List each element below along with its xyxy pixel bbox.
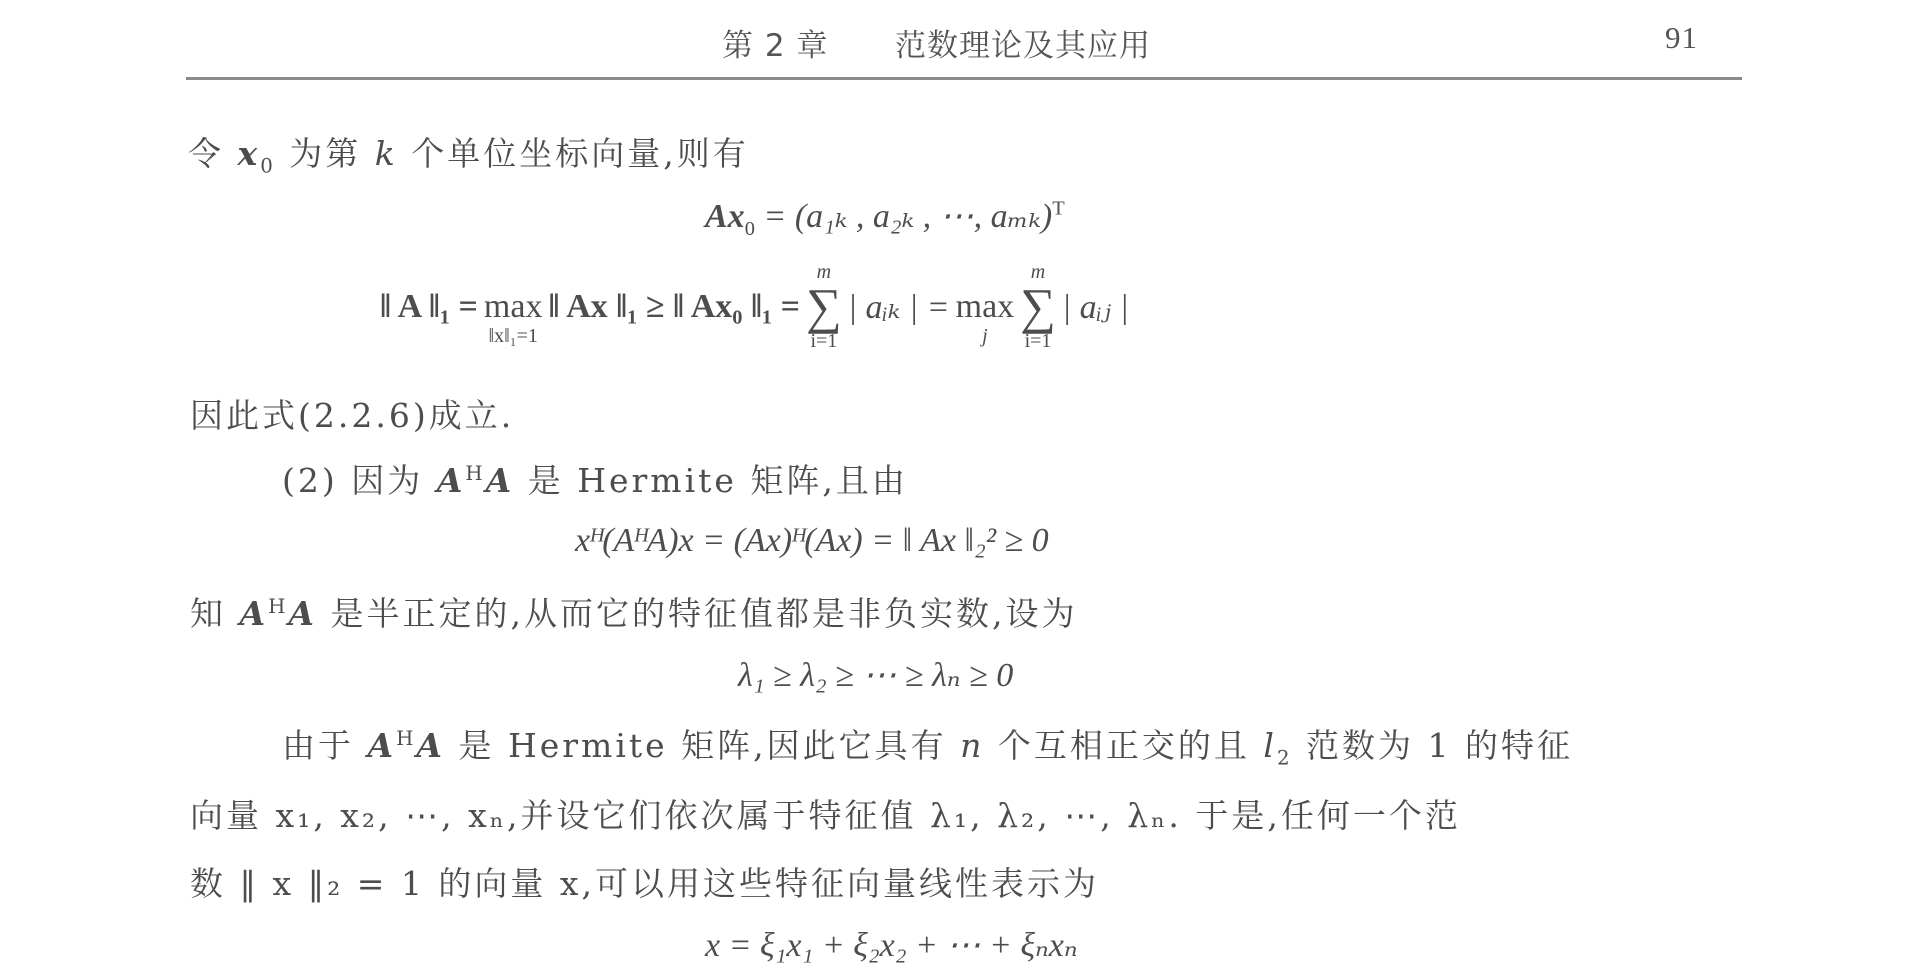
equation-3: xᴴ(AᴴA)x = (Ax)ᴴ(Ax) = ‖ Ax ‖₂² ≥ 0 xyxy=(575,522,1049,560)
max-subscript: ‖x‖₁=1 xyxy=(484,325,543,347)
matrix-A: A xyxy=(437,461,466,500)
sum-symbol: ∑ xyxy=(806,282,842,330)
text-line-1: 令 x0 为第 k 个单位坐标向量,则有 xyxy=(188,128,749,178)
max-operator-2: max j xyxy=(956,289,1015,347)
text: (2) 因为 xyxy=(282,461,437,500)
chapter-label: 第 2 章 xyxy=(722,20,828,65)
text: 是 Hermite 矩阵,且由 xyxy=(514,461,908,500)
sum-symbol: ∑ xyxy=(1020,282,1056,330)
equation-2: ‖ A ‖₁ = max ‖x‖₁=1 ‖ Ax ‖₁ ≥ ‖ Ax₀ ‖₁ =… xyxy=(380,262,1129,352)
subscript: 0 xyxy=(745,218,755,240)
superscript: T xyxy=(1052,198,1064,220)
math-rhs: = (a₁ₖ , a₂ₖ , ⋯, aₘₖ) xyxy=(763,198,1052,235)
text: 由于 xyxy=(282,726,368,765)
text-line-2: 因此式(2.2.6)成立. xyxy=(190,390,514,437)
text: 知 xyxy=(190,594,240,633)
max-subscript: j xyxy=(956,325,1015,347)
matrix-A: A xyxy=(368,726,397,765)
text-line-7: 数 ‖ x ‖₂ = 1 的向量 x,可以用这些特征向量线性表示为 xyxy=(190,858,1099,905)
superscript: H xyxy=(465,462,485,485)
text-line-4: 知 AHA 是半正定的,从而它的特征值都是非负实数,设为 xyxy=(190,588,1077,635)
sum-operator-1: m ∑ i=1 xyxy=(806,262,842,352)
max-operator: max ‖x‖₁=1 xyxy=(484,289,543,347)
sum-lower: i=1 xyxy=(806,330,842,352)
text: 个互相正交的且 xyxy=(984,726,1263,765)
equation-4: λ₁ ≥ λ₂ ≥ ⋯ ≥ λₙ ≥ 0 xyxy=(738,655,1013,695)
chapter-title: 范数理论及其应用 xyxy=(895,20,1151,65)
text-line-3: (2) 因为 AHA 是 Hermite 矩阵,且由 xyxy=(282,455,908,502)
matrix-A: A xyxy=(288,594,317,633)
subscript: 0 xyxy=(260,155,276,178)
superscript: H xyxy=(268,595,288,618)
equation-1: Ax0 = (a₁ₖ , a₂ₖ , ⋯, aₘₖ)T xyxy=(705,196,1065,241)
math-part: ‖ Ax ‖₁ ≥ ‖ Ax₀ ‖₁ = xyxy=(548,288,800,326)
header-rule xyxy=(186,77,1742,80)
text-line-5: 由于 AHA 是 Hermite 矩阵,因此它具有 n 个互相正交的且 l2 范… xyxy=(282,720,1573,770)
math-var: n xyxy=(960,726,984,765)
sum-operator-2: m ∑ i=1 xyxy=(1020,262,1056,352)
math-var: k xyxy=(375,134,398,173)
max-label: max xyxy=(956,289,1015,325)
text: 个单位坐标向量,则有 xyxy=(398,134,749,173)
text-line-6: 向量 x₁, x₂, ⋯, xₙ,并设它们依次属于特征值 λ₁, λ₂, ⋯, … xyxy=(190,790,1461,837)
subscript: 2 xyxy=(1277,747,1293,770)
matrix-A: A xyxy=(240,594,269,633)
text: 为第 xyxy=(276,134,375,173)
matrix-A: A xyxy=(416,726,445,765)
sum-lower: i=1 xyxy=(1020,330,1056,352)
math-part: | aᵢⱼ | xyxy=(1062,287,1129,327)
equation-5: x = ξ₁x₁ + ξ₂x₂ + ⋯ + ξₙxₙ xyxy=(705,925,1078,965)
text: 是 Hermite 矩阵,因此它具有 xyxy=(445,726,960,765)
text: 是半正定的,从而它的特征值都是非负实数,设为 xyxy=(317,594,1077,633)
math-part: ‖ A ‖₁ = xyxy=(380,288,478,326)
max-label: max xyxy=(484,289,543,325)
math-lhs: Ax xyxy=(705,198,745,235)
text: 令 xyxy=(188,134,238,173)
text: 范数为 1 的特征 xyxy=(1293,726,1573,765)
superscript: H xyxy=(396,727,416,750)
math-var: l xyxy=(1263,726,1277,765)
math-part: | aᵢₖ | = xyxy=(848,287,950,327)
math-var: x xyxy=(238,134,261,173)
page-number: 91 xyxy=(1665,20,1698,56)
matrix-A: A xyxy=(486,461,515,500)
